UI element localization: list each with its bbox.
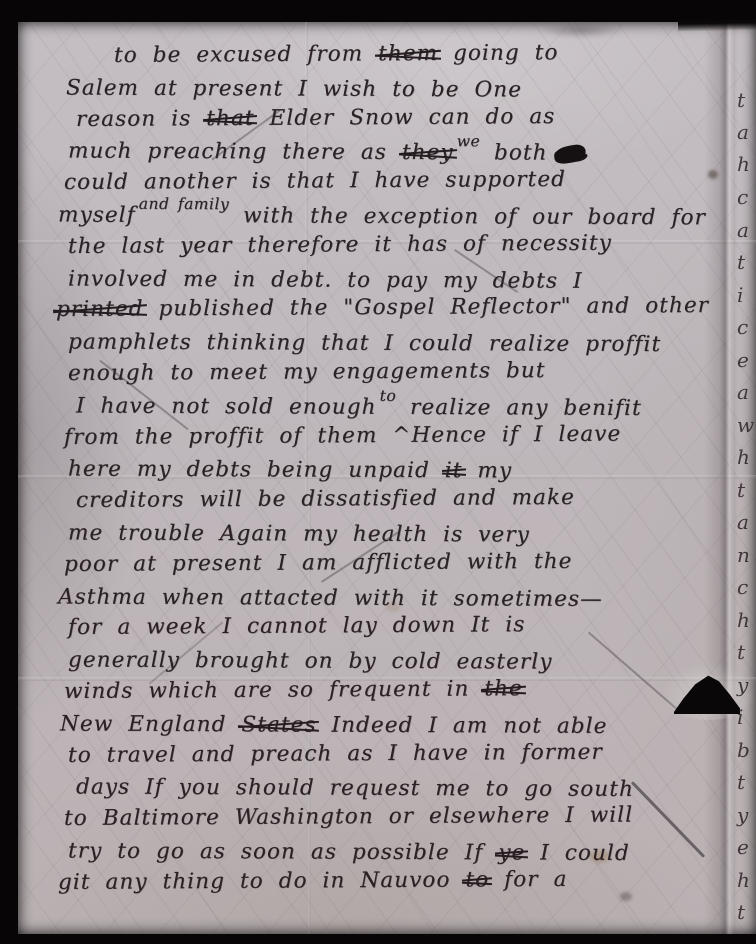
letter-text: both	[479, 141, 548, 166]
struck-word: ye	[498, 840, 525, 865]
letter-text: for a	[489, 867, 567, 892]
adjacent-page-text-fragment: t	[737, 88, 745, 112]
adjacent-page-text-fragment: a	[737, 120, 749, 144]
inserted-word: we	[457, 127, 481, 159]
letter-text: winds which are so frequent in	[64, 676, 484, 704]
letter-text: involved me in debt. to pay my debts I	[68, 266, 583, 293]
adjacent-page-text-fragment: b	[737, 738, 750, 762]
letter-text: to be excused from	[114, 41, 378, 68]
struck-word: to	[465, 867, 489, 892]
letter-line: to travel and preach as I have in former	[68, 736, 712, 772]
letter-scan: to be excused from them going toSalem at…	[0, 0, 756, 944]
letter-text: reason is	[76, 106, 206, 132]
letter-text: Salem at present I wish to be One	[66, 75, 522, 102]
adjacent-page-text-fragment: i	[737, 283, 743, 307]
adjacent-page-text-fragment: a	[737, 510, 749, 534]
struck-word: it	[445, 459, 463, 484]
adjacent-page-text-fragment: a	[737, 380, 749, 404]
adjacent-page-text-fragment: t	[737, 640, 745, 664]
adjacent-page-text-fragment: a	[737, 218, 749, 242]
letter-text: New England	[60, 711, 242, 737]
letter-text: I could	[525, 840, 630, 865]
letter-text: generally brought on by cold easterly	[68, 648, 553, 675]
adjacent-page-text-fragment: w	[737, 413, 754, 437]
adjacent-page-text-fragment: c	[737, 185, 748, 209]
letter-line: the last year therefore it has of necess…	[68, 227, 712, 263]
letter-text: the last year therefore it has of necess…	[68, 230, 612, 258]
ink-blot	[552, 143, 586, 165]
struck-word: States	[241, 712, 316, 737]
letter-text: for a week I cannot lay down It is	[68, 613, 526, 641]
adjacent-page-text-fragment: n	[737, 543, 750, 567]
inserted-word: and family	[139, 189, 230, 221]
letter-text: try to go as soon as possible If	[68, 838, 498, 865]
letter-text: pamphlets thinking that I could realize …	[68, 330, 661, 358]
letter-text: I have not sold enough	[76, 393, 377, 419]
letter-text: published the "Gospel Reflector" and oth…	[144, 293, 710, 321]
adjacent-page-text-fragment: e	[737, 348, 749, 372]
letter-text: creditors will be dissatisfied and make	[76, 485, 575, 513]
letter-text: Indeed I am not able	[317, 712, 608, 738]
paper-edge-shadow	[678, 19, 756, 32]
inserted-word: to	[380, 381, 397, 413]
adjacent-page-text-fragment: h	[737, 868, 750, 892]
adjacent-page-text-fragment: t	[737, 770, 745, 794]
letter-text: days If you should request me to go sout…	[76, 775, 634, 802]
letter-text: with the exception of our board for	[228, 203, 706, 230]
adjacent-page-text-fragment: h	[737, 608, 750, 632]
letter-text: here my debts being unpaid	[68, 457, 445, 484]
letter-text: to Baltimore Washington or elsewhere I w…	[64, 803, 633, 831]
letter-line: poor at present I am afflicted with the	[64, 545, 712, 581]
adjacent-page-text-fragment: h	[737, 152, 750, 176]
adjacent-page-text-fragment: h	[737, 445, 750, 469]
letter-text: from the proffit of them ^Hence if I lea…	[64, 421, 621, 449]
adjacent-page-edge: tahcaticeawhtanchtyibtyeht	[730, 22, 756, 934]
letter-text: much preaching there as	[68, 139, 402, 165]
letter-line: winds which are so frequent in the	[64, 672, 712, 708]
struck-word: printed	[56, 297, 144, 323]
letter-text: me trouble Again my health is very	[68, 520, 530, 547]
adjacent-page-text-fragment: c	[737, 575, 748, 599]
letter-line: from the proffit of them ^Hence if I lea…	[64, 418, 712, 454]
struck-word: they	[402, 140, 454, 165]
adjacent-page-text-fragment: t	[737, 250, 745, 274]
letter-text: myself	[58, 202, 136, 227]
letter-text: my	[462, 459, 512, 484]
letter-text: Asthma when attacted with it sometimes—	[58, 584, 603, 611]
adjacent-page-text-fragment: e	[737, 835, 749, 859]
letter-text: git any thing to do in Nauvoo	[58, 867, 466, 894]
letter-text: realize any benifit	[395, 395, 642, 421]
letter-line: to Baltimore Washington or elsewhere I w…	[64, 799, 712, 835]
letter-text: going to	[438, 40, 559, 66]
struck-word: that	[206, 106, 255, 131]
letter-line: reason is that Elder Snow can do as	[76, 100, 712, 136]
adjacent-page-text-fragment: t	[737, 900, 745, 924]
struck-word: them	[378, 41, 438, 66]
adjacent-page-text-fragment: y	[737, 803, 748, 827]
ink-smudge	[538, 22, 624, 38]
adjacent-page-text-fragment: c	[737, 315, 748, 339]
letter-line: to be excused from them going to	[114, 36, 712, 71]
letter-line: creditors will be dissatisfied and make	[76, 481, 712, 517]
letter-lines: to be excused from them going toSalem at…	[18, 40, 712, 899]
adjacent-page-text-fragment: y	[737, 673, 748, 697]
letter-text: poor at present I am afflicted with the	[64, 549, 573, 577]
struck-word: the	[484, 676, 523, 701]
letter-line: git any thing to do in Nauvoo to for a	[58, 863, 712, 899]
letter-page: to be excused from them going toSalem at…	[18, 22, 756, 934]
letter-text: enough to meet my engagements but	[68, 358, 546, 386]
letter-line: for a week I cannot lay down It is	[68, 608, 712, 644]
adjacent-page-text-fragment: t	[737, 478, 745, 502]
letter-text: Elder Snow can do as	[255, 104, 556, 131]
letter-text: to travel and preach as I have in former	[68, 739, 603, 767]
letter-line: printed published the "Gospel Reflector"…	[56, 290, 712, 326]
